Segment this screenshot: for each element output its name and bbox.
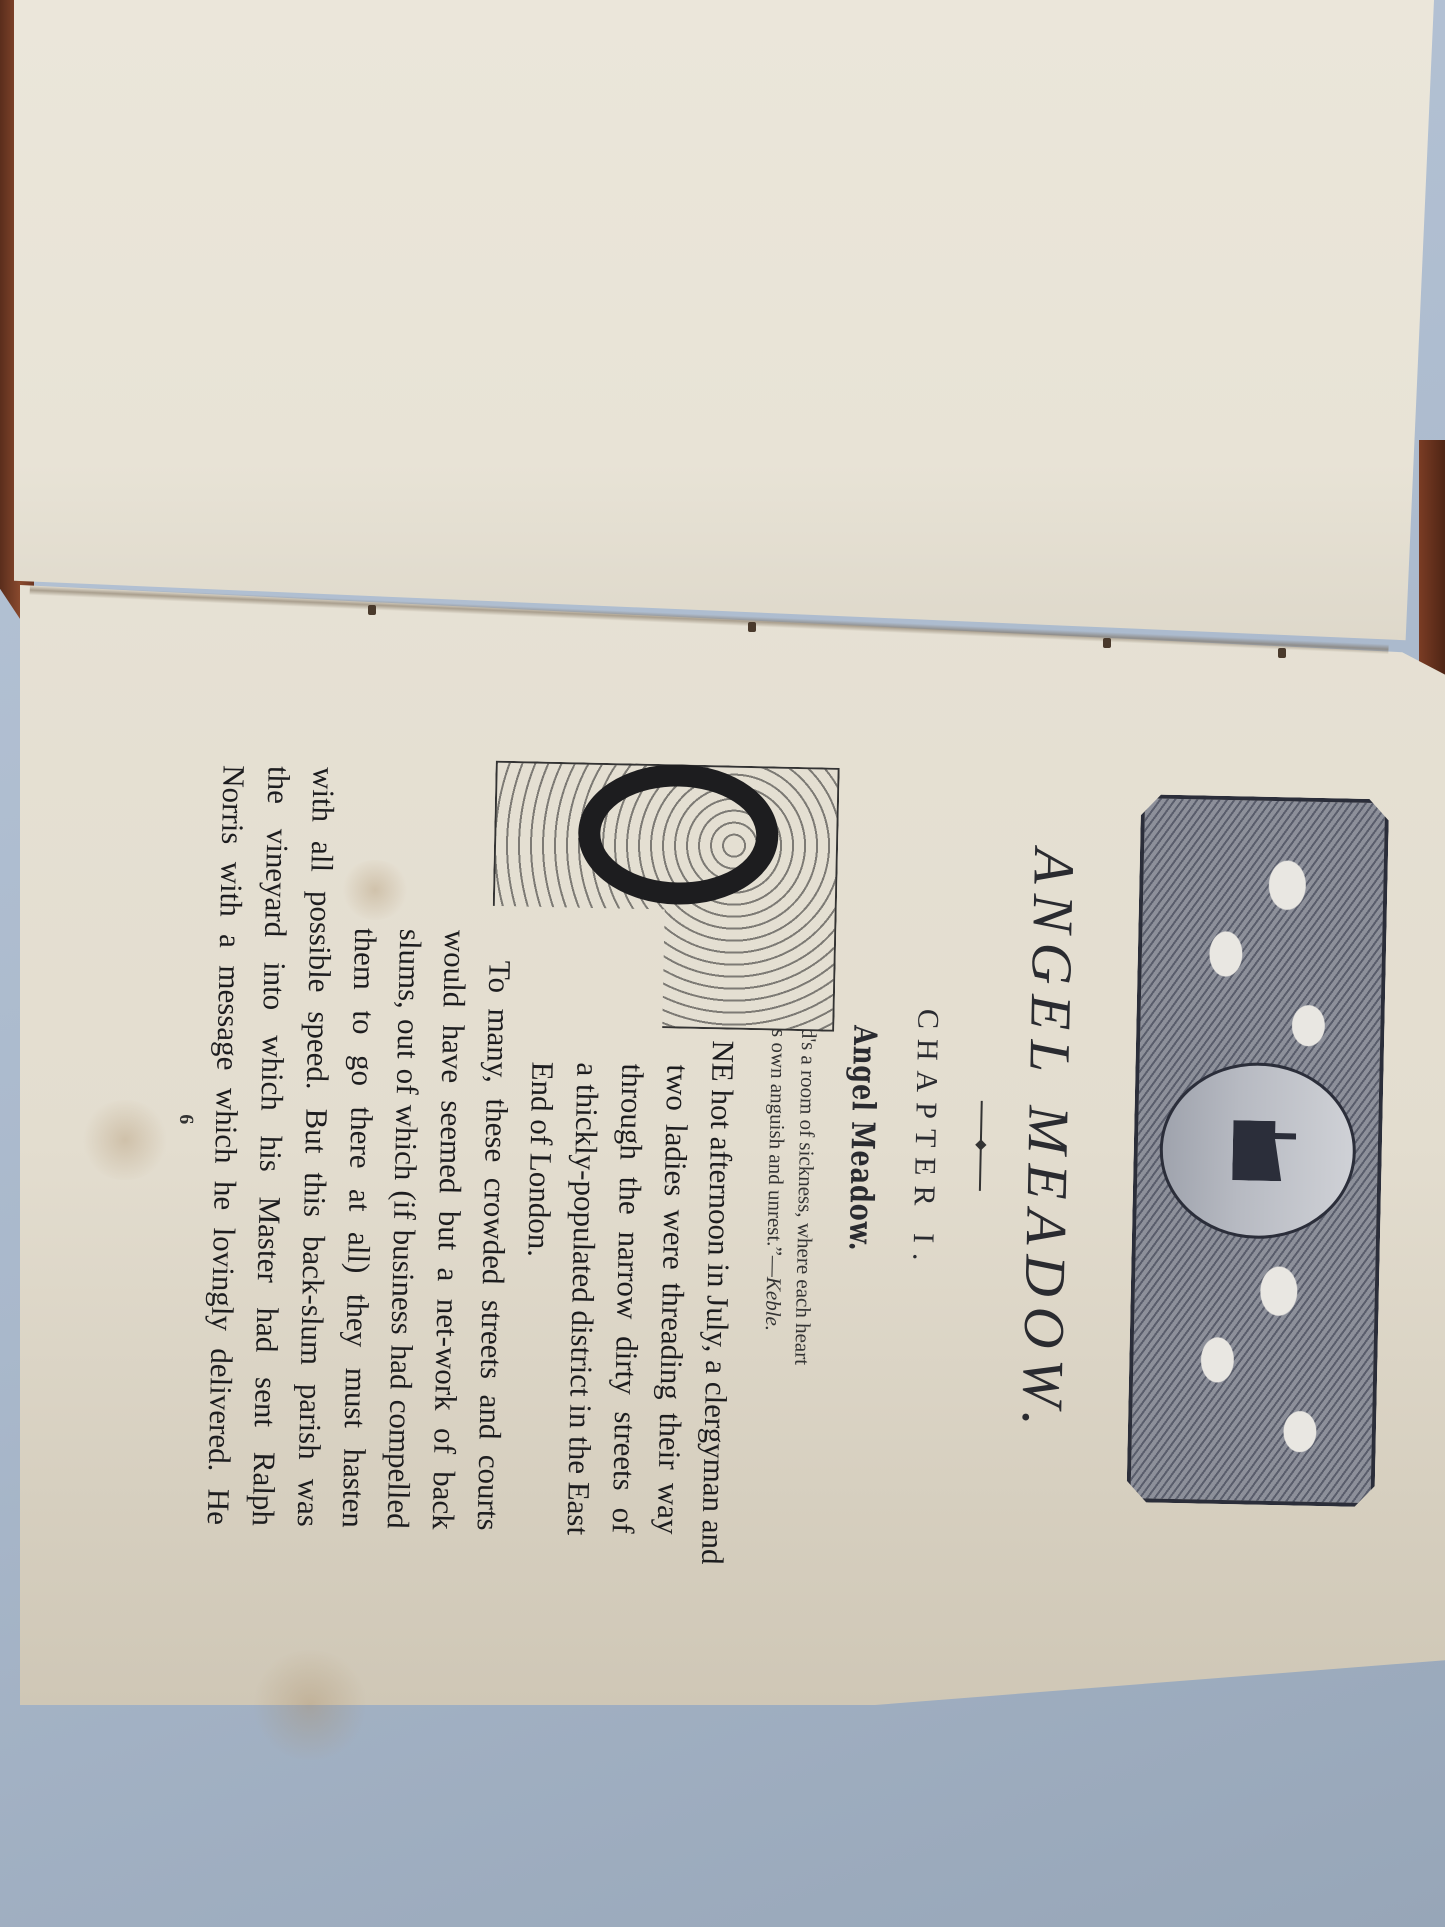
binding-stitch (1278, 648, 1286, 658)
printed-content: ANGEL MEADOW. CHAPTER I. Angel Meadow. “… (163, 734, 1420, 1580)
header-ornament (1126, 794, 1389, 1507)
foxing-stain (250, 1650, 370, 1760)
binding-stitch (1103, 638, 1111, 648)
book-title: ANGEL MEADOW. (1007, 752, 1090, 1533)
ornamental-rule (979, 1101, 983, 1191)
chapter-label: CHAPTER I. (900, 749, 950, 1530)
chapter-title: Angel Meadow. (837, 826, 888, 1451)
blank-page (14, 0, 1434, 660)
binding-stitch (748, 622, 756, 632)
foxing-stain (80, 1100, 170, 1180)
book-cover-right (1419, 440, 1445, 700)
church-medallion-icon (1158, 1061, 1358, 1241)
binding-stitch (368, 605, 376, 615)
epigraph-attribution: Keble. (761, 1277, 786, 1332)
page-number: 6 (174, 1114, 197, 1124)
body-line: End of London. (516, 1061, 565, 1257)
